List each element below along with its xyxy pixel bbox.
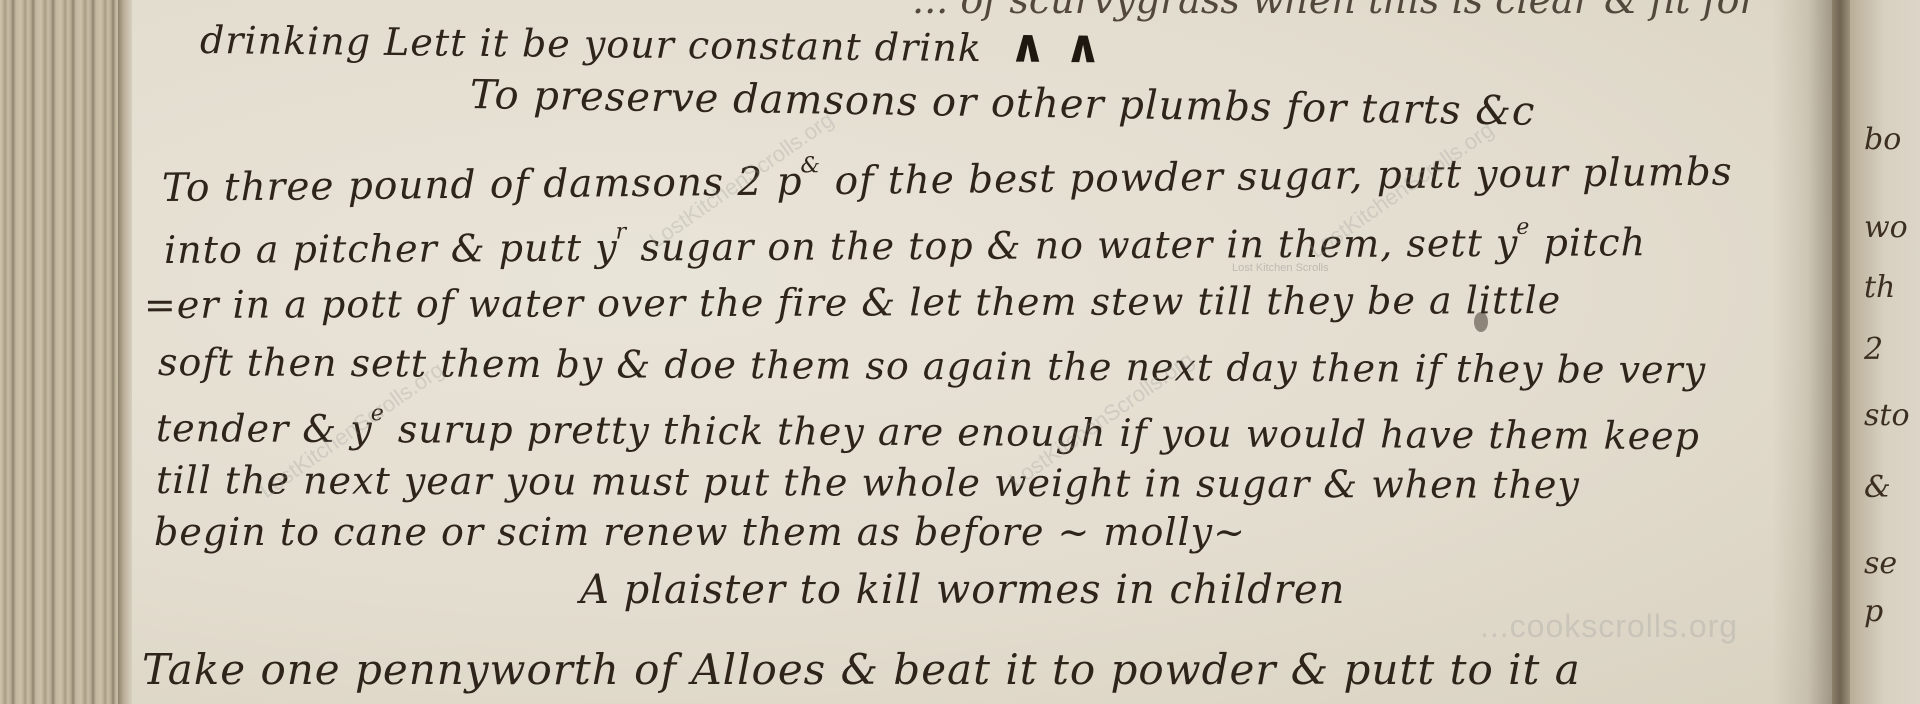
- facing-page-fragment: th: [1864, 270, 1895, 305]
- superscript: e: [371, 401, 385, 426]
- manuscript-line: begin to cane or scim renew them as befo…: [154, 510, 1246, 554]
- line-text: drinking Lett it be your constant drink: [200, 18, 982, 70]
- line-text: tender & y: [156, 406, 373, 451]
- recipe-title-text: To preserve damsons or other plumbs for …: [470, 72, 1536, 135]
- manuscript-line: =er in a pott of water over the fire & l…: [144, 278, 1561, 327]
- facing-page: bo wo th 2 sto & se p: [1850, 0, 1920, 704]
- manuscript-page: ... of scurvygrass when this is clear & …: [132, 0, 1832, 704]
- line-text: sugar on the top & no water in them, set…: [627, 221, 1519, 270]
- superscript: r: [615, 220, 627, 245]
- facing-page-fragment: sto: [1864, 398, 1910, 433]
- facing-page-fragment: p: [1864, 594, 1883, 629]
- manuscript-line: drinking Lett it be your constant drink …: [200, 10, 1103, 73]
- line-text: pitch: [1530, 220, 1646, 265]
- book-fore-edge: [0, 0, 132, 704]
- manuscript-scan: ... of scurvygrass when this is clear & …: [0, 0, 1920, 704]
- superscript: &: [800, 153, 821, 178]
- recipe-title-text: A plaister to kill wormes in children: [580, 567, 1345, 613]
- facing-page-fragment: bo: [1864, 122, 1901, 157]
- manuscript-line: into a pitcher & putt yr sugar on the to…: [164, 214, 1646, 272]
- facing-page-fragment: 2: [1864, 332, 1883, 367]
- line-text: till the next year you must put the whol…: [156, 458, 1580, 507]
- book-gutter: [1832, 0, 1850, 704]
- line-text: begin to cane or scim renew them as befo…: [154, 510, 1246, 554]
- caret-marks: ∧ ∧: [1009, 18, 1103, 73]
- line-text: =er in a pott of water over the fire & l…: [144, 278, 1561, 327]
- facing-page-fragment: se: [1864, 546, 1897, 581]
- line-text: To three pound of damsons 2 p: [162, 159, 803, 211]
- ink-stain: [1474, 312, 1488, 332]
- facing-page-fragment: wo: [1864, 210, 1908, 245]
- recipe-title: A plaister to kill wormes in children: [580, 567, 1345, 613]
- line-text: soft then sett them by & doe them so aga…: [158, 340, 1706, 392]
- manuscript-line: soft then sett them by & doe them so aga…: [158, 340, 1706, 392]
- manuscript-line: tender & ye surup pretty thick they are …: [156, 400, 1700, 458]
- manuscript-line: till the next year you must put the whol…: [156, 458, 1580, 507]
- facing-page-fragment: &: [1864, 470, 1891, 505]
- recipe-title: To preserve damsons or other plumbs for …: [470, 72, 1536, 135]
- line-text: surup pretty thick they are enough if yo…: [385, 407, 1700, 458]
- superscript: e: [1516, 215, 1530, 240]
- manuscript-line: Take one pennyworth of Alloes & beat it …: [142, 645, 1581, 694]
- line-text: of the best powder sugar, putt your plum…: [834, 150, 1733, 204]
- manuscript-line: To three pound of damsons 2 p& of the be…: [162, 144, 1733, 211]
- line-text: into a pitcher & putt y: [164, 226, 618, 272]
- line-text: Take one pennyworth of Alloes & beat it …: [142, 645, 1581, 694]
